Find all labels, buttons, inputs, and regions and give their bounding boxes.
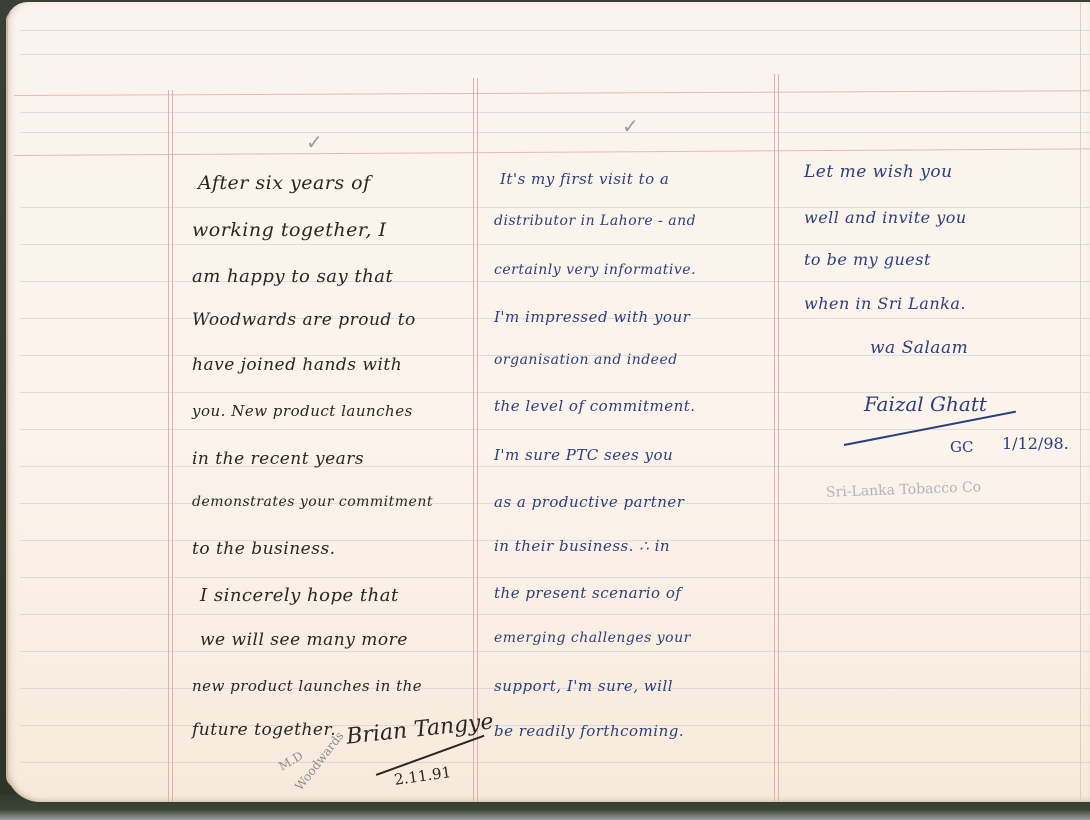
entry-line: well and invite you <box>804 208 967 227</box>
check-mark-icon: ✓ <box>306 130 323 154</box>
visitor-book-page: ✓ ✓ After six years of working together,… <box>6 2 1090 802</box>
entry-line: when in Sri Lanka. <box>804 294 966 313</box>
entry-line: as a productive partner <box>494 493 684 511</box>
column-divider-1 <box>168 90 169 802</box>
page-right-edge <box>1080 2 1081 802</box>
entry-line: certainly very informative. <box>494 262 696 278</box>
entry-line: After six years of <box>198 172 371 194</box>
entry-line: have joined hands with <box>192 355 402 375</box>
entry-line: emerging challenges your <box>494 630 691 646</box>
entry-line: am happy to say that <box>192 266 393 287</box>
entry-line: in the recent years <box>192 449 364 469</box>
entry-line: It's my first visit to a <box>500 170 669 188</box>
entry-line: to be my guest <box>804 250 931 269</box>
check-mark-icon: ✓ <box>622 114 639 138</box>
entry-line: organisation and indeed <box>494 352 678 368</box>
entry-closing: wa Salaam <box>870 338 968 358</box>
entry-line: working together, I <box>192 219 387 241</box>
entry-line: we will see many more <box>200 630 408 650</box>
header-rule-top <box>14 90 1090 96</box>
entry-line: the level of commitment. <box>494 397 696 415</box>
entry-line: to the business. <box>192 539 336 559</box>
entry-line: future together. <box>192 720 336 740</box>
column-divider-3 <box>774 74 775 802</box>
entry-line: I'm sure PTC sees you <box>494 446 673 464</box>
scanned-page-scene: ✓ ✓ After six years of working together,… <box>0 0 1090 820</box>
entry-line: demonstrates your commitment <box>192 494 433 510</box>
entry-line: support, I'm sure, will <box>494 677 673 695</box>
entry-line: new product launches in the <box>192 677 422 695</box>
pencil-annotation-company: Sri-Lanka Tobacco Co <box>826 479 982 500</box>
header-rule-bottom <box>14 148 1090 156</box>
column-divider-2 <box>473 78 474 802</box>
entry-line: be readily forthcoming. <box>494 722 684 740</box>
entry-line: you. New product launches <box>192 402 413 420</box>
entry-line: I'm impressed with your <box>494 308 690 326</box>
entry-line: Let me wish you <box>804 162 953 182</box>
signature-faizal: Faizal Ghatt <box>864 392 987 416</box>
entry-line: I sincerely hope that <box>200 585 399 606</box>
entry-line: distributor in Lahore - and <box>494 213 696 229</box>
pencil-annotation-md: M.D <box>276 749 305 774</box>
entry-line: the present scenario of <box>494 584 681 602</box>
entry-date-prefix: GC <box>950 438 973 456</box>
entry-line: in their business. ∴ in <box>494 537 670 555</box>
entry-date: 1/12/98. <box>1002 434 1069 453</box>
entry-date: 2.11.91 <box>393 763 452 789</box>
page-curl-edge <box>6 12 18 788</box>
entry-line: Woodwards are proud to <box>192 310 416 330</box>
